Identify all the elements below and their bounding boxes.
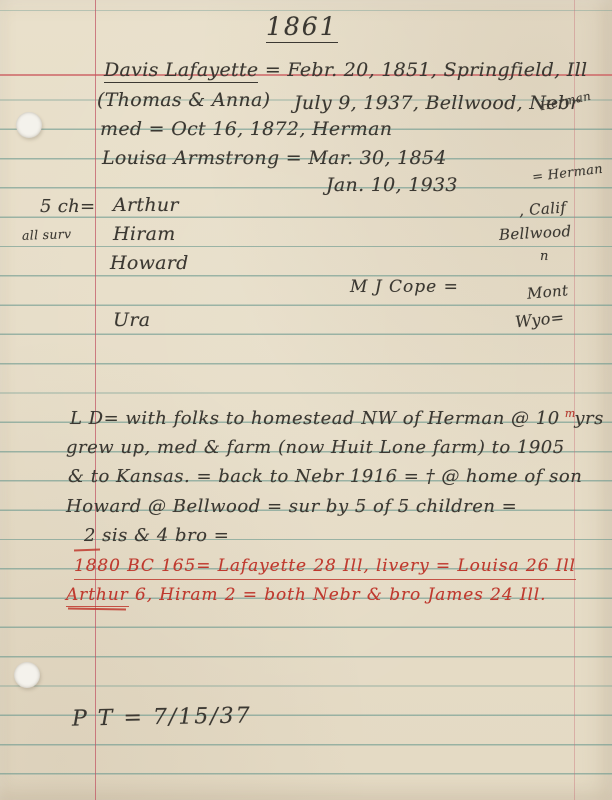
child-name-arthur: Arthur — [113, 194, 179, 216]
husband-name-line: Davis Lafayette = Febr. 20, 1851, Spring… — [104, 59, 587, 81]
side-note-n: n — [540, 249, 549, 264]
bio-line-1-text: L D= with folks to homestead NW of Herma… — [70, 408, 566, 429]
hole-punch-top — [16, 112, 42, 138]
wife-death-date: Jan. 10, 1933 — [326, 174, 458, 196]
year-title: 1861 — [266, 12, 338, 43]
parents-note: (Thomas & Anna) — [97, 89, 270, 111]
survival-note: all surv — [22, 226, 72, 243]
side-note-mont: Mont — [526, 281, 569, 303]
child-name-howard: Howard — [110, 252, 189, 274]
census-child-underlined: Arthur — [66, 585, 129, 607]
census-line-2: Arthur 6, Hiram 2 = both Nebr & bro Jame… — [66, 585, 546, 605]
bio-line-3: & to Kansas. = back to Nebr 1916 = † @ h… — [68, 466, 582, 487]
hole-punch-bottom — [14, 662, 40, 688]
child-name-hiram: Hiram — [113, 223, 176, 245]
census-line-2-rest: 6, Hiram 2 = both Nebr & bro James 24 Il… — [129, 585, 547, 605]
bio-line-1: L D= with folks to homestead NW of Herma… — [70, 407, 604, 429]
top-rule-line — [0, 10, 612, 11]
red-margin-line-left — [95, 0, 96, 800]
wife-name-birth: Louisa Armstrong = Mar. 30, 1854 — [102, 147, 447, 169]
bio-line-2: grew up, med & farm (now Huit Lone farm)… — [66, 437, 565, 458]
red-margin-line-right — [574, 0, 575, 800]
marriage-info: med = Oct 16, 1872, Herman — [100, 118, 392, 140]
bio-line-5: 2 sis & 4 bro = — [84, 525, 229, 546]
notebook-page: 1861 Davis Lafayette = Febr. 20, 1851, S… — [0, 0, 612, 800]
child-name-ura: Ura — [113, 309, 150, 331]
footer-date-note: P T = 7/15/37 — [72, 703, 252, 731]
bio-line-4: Howard @ Bellwood = sur by 5 of 5 childr… — [66, 496, 517, 517]
census-line-1: 1880 BC 165= Lafayette 28 Ill, livery = … — [74, 556, 576, 580]
husband-birth-info: = Febr. 20, 1851, Springfield, Ill — [265, 59, 588, 81]
children-count-note: 5 ch= — [40, 196, 95, 217]
side-note-calif: , Calif — [518, 198, 566, 219]
bio-line-1-end: yrs — [574, 408, 604, 429]
husband-death-info: July 9, 1937, Bellwood, Nebr — [294, 92, 580, 114]
side-note-bellwood: Bellwood — [499, 222, 572, 244]
spouse-note-cope: M J Cope = — [350, 277, 459, 297]
husband-name: Davis Lafayette — [104, 59, 258, 83]
